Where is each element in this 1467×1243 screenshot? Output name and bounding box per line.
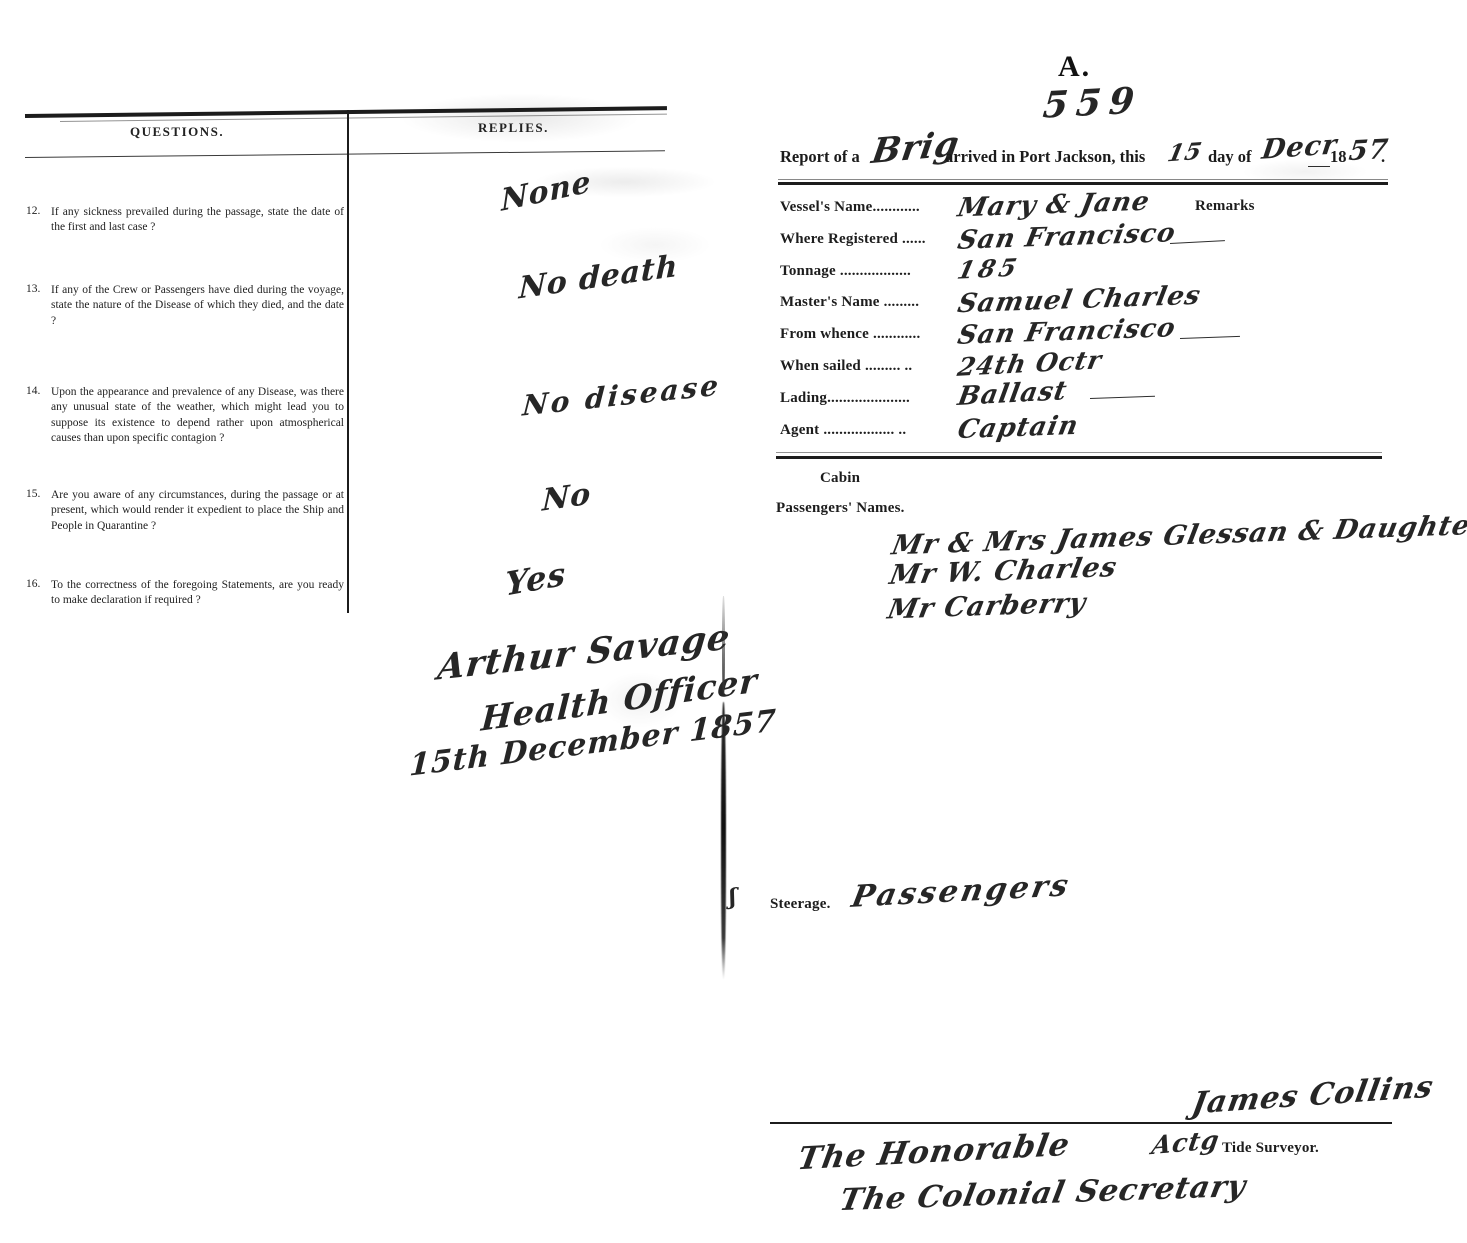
question-number: 16.: [26, 578, 44, 609]
reply-q13: No death: [518, 249, 679, 307]
question-text: Upon the appearance and prevalence of an…: [51, 385, 344, 447]
pen-flourish: [1180, 336, 1240, 339]
addressee-honorable: The Honorable: [795, 1127, 1073, 1178]
question-number: 12.: [26, 205, 44, 236]
field-leader-dots: ............: [873, 326, 920, 342]
question-number: 14.: [26, 385, 44, 447]
scanned-document: QUESTIONS. REPLIES. 12. If any sickness …: [0, 0, 1467, 1243]
passengers-names-label: Passengers' Names.: [776, 500, 905, 517]
reply-q16: Yes: [505, 554, 566, 603]
question-number: 13.: [26, 283, 44, 329]
field-value: 185: [955, 252, 1024, 285]
field-row-vessel-name: Vessel's Name............ Mary & Jane: [780, 198, 1200, 216]
cabin-rule: [776, 456, 1382, 459]
field-label: From whence: [780, 326, 869, 342]
field-leader-dots: ..................: [840, 263, 911, 279]
report-number: 559: [1041, 79, 1144, 126]
field-value: 24th Octr: [955, 345, 1104, 382]
field-leader-dots: ......... ..: [865, 358, 912, 374]
pen-flourish: [1090, 396, 1155, 399]
question-text: If any of the Crew or Passengers have di…: [51, 283, 344, 329]
report-line-day-of: day of: [1208, 147, 1252, 167]
questions-header: QUESTIONS.: [130, 124, 224, 140]
cabin-label: Cabin: [820, 470, 860, 487]
report-line-prefix: Report of a: [780, 147, 860, 167]
field-row-lading: Lading..................... Ballast: [780, 389, 1200, 407]
reply-q12: None: [500, 164, 592, 219]
steerage-value: Passengers: [849, 868, 1074, 915]
field-label: Vessel's Name: [780, 199, 872, 215]
field-row-where-registered: Where Registered ...... San Francisco: [780, 230, 1200, 248]
table-top-rule: [25, 106, 667, 118]
column-divider: [347, 110, 349, 613]
question-row-14: 14. Upon the appearance and prevalence o…: [26, 385, 344, 447]
field-label: Tonnage: [780, 263, 836, 279]
field-value: San Francisco: [955, 313, 1178, 351]
cabin-rule-echo: [776, 452, 1382, 453]
question-row-13: 13. If any of the Crew or Passengers hav…: [26, 283, 344, 329]
field-row-masters-name: Master's Name ......... Samuel Charles: [780, 293, 1200, 311]
report-line-year-prefix: 18: [1330, 147, 1347, 167]
reply-q15: No: [542, 476, 592, 518]
field-label: Agent: [780, 422, 819, 438]
field-value: Ballast: [955, 376, 1069, 412]
report-line-middle: arrived in Port Jackson, this: [945, 147, 1145, 167]
replies-header: REPLIES.: [478, 120, 549, 136]
field-value: Captain: [955, 411, 1081, 445]
report-line-end: .: [1381, 147, 1385, 167]
field-leader-dots: ............: [872, 199, 919, 215]
field-label: Where Registered: [780, 231, 898, 247]
header-underline: [25, 150, 665, 158]
cabin-passenger-3: Mr Carberry: [885, 587, 1089, 625]
field-value: San Francisco: [955, 218, 1178, 256]
field-leader-dots: ......: [902, 231, 926, 247]
addressee-colonial-secretary: The Colonial Secretary: [837, 1169, 1250, 1218]
tide-surveyor-title: Tide Surveyor.: [1222, 1140, 1319, 1157]
arrival-month-value: Decr: [1260, 129, 1339, 166]
field-label: Lading: [780, 390, 827, 406]
field-value: Mary & Jane: [955, 187, 1152, 224]
header-rule-echo: [778, 179, 1388, 180]
tide-surveyor-signature: James Collins: [1189, 1069, 1436, 1121]
form-letter: A.: [1058, 50, 1091, 84]
header-rule: [778, 182, 1388, 185]
field-row-when-sailed: When sailed ......... .. 24th Octr: [780, 357, 1200, 375]
question-text: To the correctness of the foregoing Stat…: [51, 578, 344, 609]
field-leader-dots: .................. ..: [823, 422, 906, 438]
binding-seam-upper: [722, 596, 725, 694]
field-row-tonnage: Tonnage .................. 185: [780, 262, 1200, 280]
question-text: If any sickness prevailed during the pas…: [51, 205, 344, 236]
ink-mark: ʃ: [728, 884, 738, 911]
field-leader-dots: .........: [884, 294, 920, 310]
cabin-passenger-1: Mr & Mrs James Glessan & Daughter: [889, 510, 1467, 562]
field-label: When sailed: [780, 358, 861, 374]
reply-q14: No disease: [521, 368, 722, 422]
remarks-header: Remarks: [1195, 198, 1255, 215]
steerage-label: Steerage.: [770, 896, 831, 913]
acting-abbreviation: Actg: [1150, 1125, 1222, 1160]
signature-rule: [770, 1122, 1392, 1124]
pen-flourish-month: [1308, 166, 1330, 167]
question-text: Are you aware of any circumstances, duri…: [51, 488, 344, 534]
field-label: Master's Name: [780, 294, 880, 310]
question-row-16: 16. To the correctness of the foregoing …: [26, 578, 344, 609]
question-row-12: 12. If any sickness prevailed during the…: [26, 205, 344, 236]
binding-seam-lower: [721, 702, 726, 980]
field-row-agent: Agent .................. .. Captain: [780, 421, 1200, 439]
field-row-from-whence: From whence ............ San Francisco: [780, 325, 1200, 343]
right-page: A. 559 Report of a Brig arrived in Port …: [740, 0, 1467, 1243]
pen-flourish: [1170, 240, 1225, 244]
field-leader-dots: .....................: [827, 390, 910, 406]
arrival-day-value: 15: [1165, 138, 1205, 168]
left-page: QUESTIONS. REPLIES. 12. If any sickness …: [0, 0, 710, 1243]
question-number: 15.: [26, 488, 44, 534]
question-row-15: 15. Are you aware of any circumstances, …: [26, 488, 344, 534]
